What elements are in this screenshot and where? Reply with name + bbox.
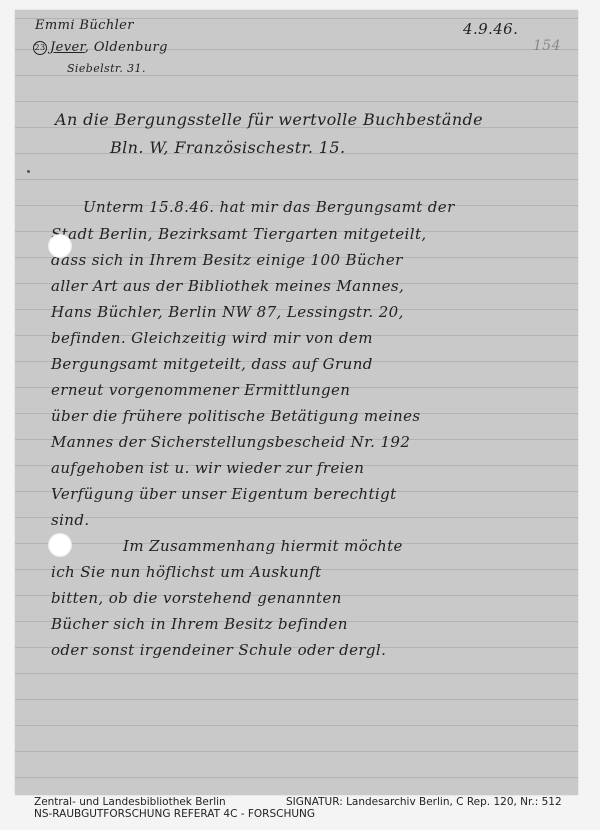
body-line: bitten, ob die vorstehend genannten (51, 589, 342, 607)
body-line: Hans Büchler, Berlin NW 87, Lessingstr. … (51, 303, 404, 321)
body-line: Verfügung über unser Eigentum berechtigt (51, 485, 397, 503)
body-line: Stadt Berlin, Bezirksamt Tiergarten mitg… (51, 225, 427, 243)
body-line: Unterm 15.8.46. hat mir das Bergungsamt … (83, 198, 455, 216)
body-line: aller Art aus der Bibliothek meines Mann… (51, 277, 404, 295)
body-line: dass sich in Ihrem Besitz einige 100 Büc… (51, 251, 403, 269)
footer-department: NS-RAUBGUTFORSCHUNG REFERAT 4C - FORSCHU… (34, 808, 315, 820)
addressee-line-1: An die Bergungsstelle für wertvolle Buch… (55, 110, 483, 129)
sender-region: Oldenburg (94, 40, 168, 55)
body-line: Bücher sich in Ihrem Besitz befinden (51, 615, 348, 633)
body-line: befinden. Gleichzeitig wird mir von dem (51, 329, 373, 347)
body-line: Im Zusammenhang hiermit möchte (123, 537, 403, 555)
body-line: ich Sie nun höflichst um Auskunft (51, 563, 322, 581)
body-line: aufgehoben ist u. wir wieder zur freien (51, 459, 364, 477)
body-line: sind. (51, 511, 90, 529)
sender-name: Emmi Büchler (35, 18, 134, 33)
footer-institution: Zentral- und Landesbibliothek Berlin (34, 796, 286, 808)
archive-footer: Zentral- und Landesbibliothek Berlin SIG… (34, 796, 594, 820)
sender-city-line: 23Jever, Oldenburg (33, 40, 168, 55)
body-line: oder sonst irgendeiner Schule oder dergl… (51, 641, 386, 659)
scanned-letter-page: Emmi Büchler 23Jever, Oldenburg Siebelst… (15, 10, 578, 795)
scan-speck (27, 170, 30, 173)
body-line: erneut vorgenommener Ermittlungen (51, 381, 350, 399)
body-line: Mannes der Sicherstellungsbescheid Nr. 1… (51, 433, 410, 451)
footer-signature: SIGNATUR: Landesarchiv Berlin, C Rep. 12… (286, 796, 562, 808)
sender-street: Siebelstr. 31. (67, 62, 146, 75)
body-line: Bergungsamt mitgeteilt, dass auf Grund (51, 355, 373, 373)
body-line: über die frühere politische Betätigung m… (51, 407, 420, 425)
addressee-line-2: Bln. W, Französischestr. 15. (110, 138, 345, 157)
folio-number: 154 (533, 38, 561, 54)
letter-date: 4.9.46. (463, 20, 518, 38)
postal-district-mark: 23 (33, 41, 47, 55)
sender-city: Jever (50, 40, 85, 55)
punch-hole (48, 533, 72, 557)
punch-hole (48, 234, 72, 258)
